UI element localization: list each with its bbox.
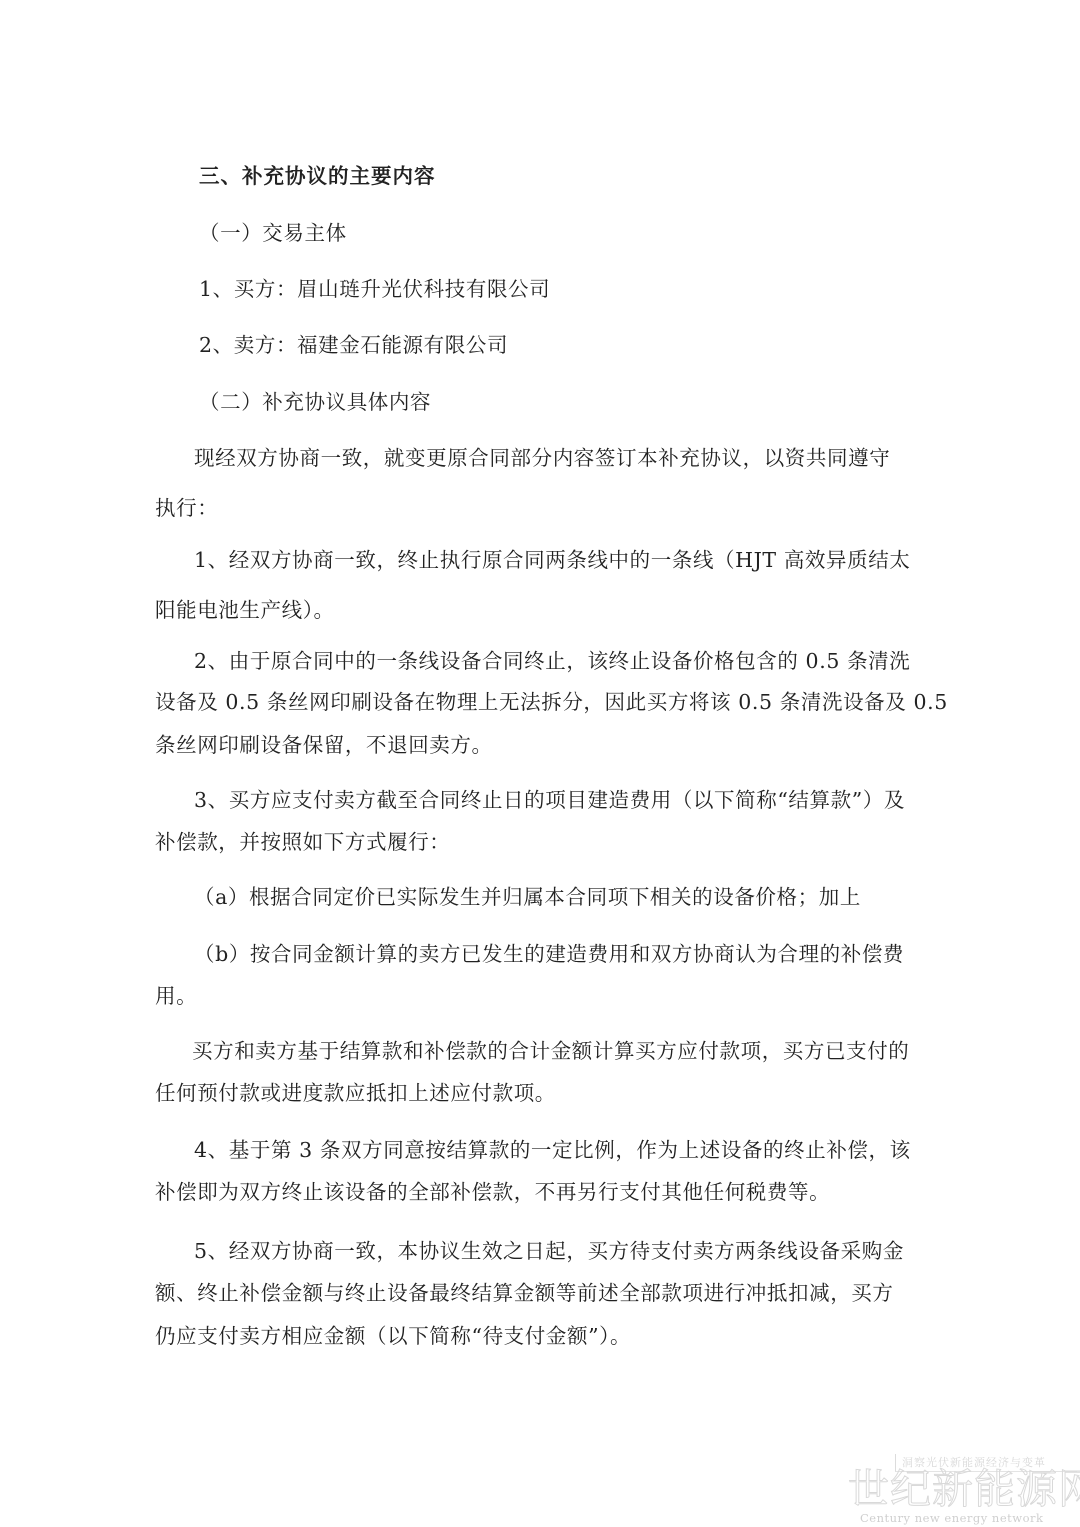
document-page: 三、补充协议的主要内容 （一）交易主体 1、买方：眉山琏升光伏科技有限公司 2、… [0,0,1080,1527]
clause-4-line-2: 补偿即为双方终止该设备的全部补偿款，不再另行支付其他任何税费等。 [155,1178,830,1206]
clause-3-note-line-1: 买方和卖方基于结算款和补偿款的合计金额计算买方应付款项，买方已支付的 [192,1037,909,1065]
clause-3-note-line-2: 任何预付款或进度款应抵扣上述应付款项。 [155,1079,556,1107]
clause-3b-line-1: （b）按合同金额计算的卖方已发生的建造费用和双方协商认为合理的补偿费 [194,940,904,968]
clause-3-line-2: 补偿款，并按照如下方式履行： [155,828,450,856]
clause-5-line-1: 5、经双方协商一致，本协议生效之日起，买方待支付卖方两条线设备采购金 [194,1237,904,1265]
clause-3b-line-2: 用。 [155,982,197,1010]
watermark-brand-english: Century new energy network [860,1511,1080,1525]
section-heading: 三、补充协议的主要内容 [199,162,436,190]
clause-1-line-2: 阳能电池生产线）。 [155,596,335,624]
clause-3-line-1: 3、买方应支付卖方截至合同终止日的项目建造费用（以下简称“结算款”）及 [194,786,905,814]
clause-2-line-2: 设备及 0.5 条丝网印刷设备在物理上无法拆分，因此买方将该 0.5 条清洗设备… [155,688,948,716]
clause-2-line-3: 条丝网印刷设备保留，不退回卖方。 [155,731,493,759]
clause-3a: （a）根据合同定价已实际发生并归属本合同项下相关的设备价格；加上 [194,883,861,911]
subsection-heading-content: （二）补充协议具体内容 [199,388,431,416]
intro-paragraph-line-2: 执行： [155,494,218,522]
clause-1-line-1: 1、经双方协商一致，终止执行原合同两条线中的一条线（HJT 高效异质结太 [194,546,910,574]
intro-paragraph-line-1: 现经双方协商一致，就变更原合同部分内容签订本补充协议，以资共同遵守 [194,444,890,472]
seller-line: 2、卖方：福建金石能源有限公司 [199,331,508,359]
clause-5-line-3: 仍应支付卖方相应金额（以下简称“待支付金额”）。 [155,1322,631,1350]
clause-5-line-2: 额、终止补偿金额与终止设备最终结算金额等前述全部款项进行冲抵扣减，买方 [155,1279,894,1307]
subsection-heading-parties: （一）交易主体 [199,219,347,247]
watermark-brand: 世纪新能源网 [848,1466,1080,1512]
buyer-line: 1、买方：眉山琏升光伏科技有限公司 [199,275,550,303]
clause-2-line-1: 2、由于原合同中的一条线设备合同终止，该终止设备价格包含的 0.5 条清洗 [194,647,910,675]
clause-4-line-1: 4、基于第 3 条双方同意按结算款的一定比例，作为上述设备的终止补偿，该 [194,1136,911,1164]
